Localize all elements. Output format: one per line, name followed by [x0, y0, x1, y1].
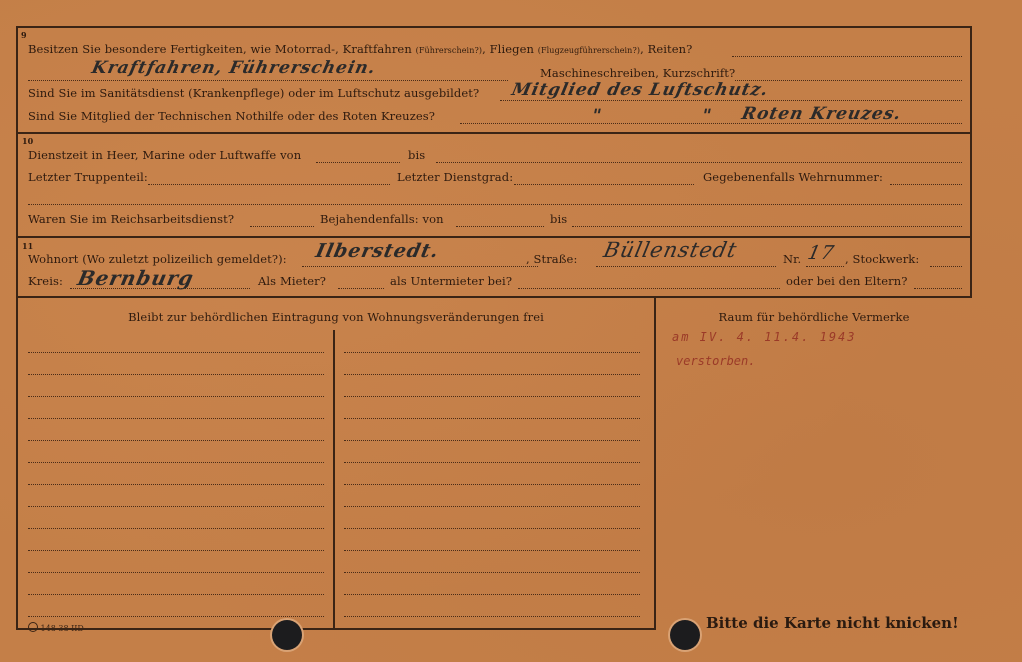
registration-card: 9 Besitzen Sie besondere Fertigkeiten, w… [0, 0, 1022, 662]
residence-changes-heading: Bleibt zur behördlichen Eintragung von W… [16, 310, 656, 324]
entry-line [344, 352, 640, 353]
answer-line-house-number [806, 266, 844, 267]
entry-line [28, 396, 324, 397]
punch-hole-left [272, 620, 302, 650]
answer-member: Roten Kreuzes. [740, 104, 904, 124]
answer-line-subtenant [518, 288, 780, 289]
entry-line [28, 550, 324, 551]
do-not-fold-notice: Bitte die Karte nicht knicken! [706, 614, 959, 632]
answer-line-unit [148, 184, 390, 185]
entry-line [28, 352, 324, 353]
answer-line-parents [914, 288, 962, 289]
label-service-until: bis [408, 148, 425, 162]
residence-changes-column-divider [333, 330, 335, 630]
answer-line-street [596, 266, 776, 267]
official-note-date: am IV. 4. 11.4. 1943 [672, 330, 857, 344]
entry-line [344, 506, 640, 507]
answer-medical: Mitglied des Luftschutz. [510, 80, 771, 100]
answer-line-rad-until [572, 226, 962, 227]
entry-line [344, 462, 640, 463]
answer-line-medical [500, 100, 962, 101]
section-10-number: 10 [22, 136, 33, 146]
printer-mark-icon [28, 622, 38, 632]
residence-changes-box [16, 296, 656, 630]
entry-line [344, 550, 640, 551]
punch-hole-right [670, 620, 700, 650]
question-residence: Wohnort (Wo zuletzt polizeilich gemeldet… [28, 252, 287, 266]
official-note-deceased: verstorben. [676, 354, 755, 368]
license-hint-text: Führerschein? [419, 46, 479, 55]
question-house-number: Nr. [783, 252, 801, 266]
entry-line [344, 484, 640, 485]
entry-line [28, 594, 324, 595]
answer-district: Bernburg [75, 266, 196, 290]
question-typing: Maschineschreiben, Kurzschrift? [540, 66, 735, 80]
answer-line-tenant [338, 288, 384, 289]
entry-line [344, 396, 640, 397]
answer-line-extra [28, 204, 962, 205]
entry-line [344, 374, 640, 375]
entry-line [28, 506, 324, 507]
answer-line-residence [302, 266, 538, 267]
divider-section-9-10 [16, 132, 972, 134]
answer-line-service-from [316, 162, 400, 163]
question-member: Sind Sie Mitglied der Technischen Nothil… [28, 109, 435, 123]
question-rank: Letzter Dienstgrad: [397, 170, 513, 184]
question-riding-text: , Reiten? [640, 42, 692, 56]
question-tenant: Als Mieter? [258, 274, 326, 288]
label-rad-until: bis [550, 212, 567, 226]
question-floor: , Stockwerk: [845, 252, 919, 266]
section-11-number: 11 [22, 241, 33, 251]
entry-line [344, 528, 640, 529]
answer-line-rank [514, 184, 694, 185]
answer-line-rad [250, 226, 314, 227]
question-skills: Besitzen Sie besondere Fertigkeiten, wie… [28, 42, 692, 56]
question-service: Dienstzeit in Heer, Marine oder Luftwaff… [28, 148, 301, 162]
answer-skills: Kraftfahren, Führerschein. [90, 58, 378, 78]
answer-line-rad-from [456, 226, 544, 227]
entry-line [28, 374, 324, 375]
question-medical: Sind Sie im Sanitätsdienst (Krankenpfleg… [28, 86, 479, 100]
pilot-hint: (Flugzeugführerschein?) [538, 46, 640, 55]
question-skills-text: Besitzen Sie besondere Fertigkeiten, wie… [28, 42, 412, 56]
answer-house-number: 17 [806, 242, 837, 264]
question-subtenant: als Untermieter bei? [390, 274, 512, 288]
question-wehrnummer: Gegebenenfalls Wehrnummer: [703, 170, 883, 184]
answer-residence: Ilberstedt. [314, 240, 441, 262]
entry-line [344, 594, 640, 595]
entry-line [28, 418, 324, 419]
print-code: 148 38 IID [28, 622, 84, 633]
divider-section-10-11 [16, 236, 972, 238]
answer-street: Büllenstedt [601, 238, 739, 262]
answer-line-service-until [436, 162, 962, 163]
answer-line-wehrnummer [890, 184, 962, 185]
license-hint: (Führerschein?) [416, 46, 482, 55]
entry-line [344, 418, 640, 419]
entry-line [28, 572, 324, 573]
question-street: , Straße: [526, 252, 577, 266]
answer-line-skills-2 [28, 80, 508, 81]
answer-line-floor [930, 266, 962, 267]
entry-line [28, 484, 324, 485]
question-unit: Letzter Truppenteil: [28, 170, 148, 184]
entry-line [28, 616, 324, 617]
entry-line [28, 440, 324, 441]
entry-line [344, 572, 640, 573]
question-flying-text: , Fliegen [482, 42, 534, 56]
question-rad-from: Bejahendenfalls: von [320, 212, 444, 226]
question-rad: Waren Sie im Reichsarbeitsdienst? [28, 212, 234, 226]
section-9-number: 9 [21, 30, 27, 40]
entry-line [28, 462, 324, 463]
print-code-text: 148 38 IID [41, 624, 84, 633]
entry-line [344, 440, 640, 441]
official-remarks-heading: Raum für behördliche Vermerke [656, 310, 972, 324]
question-parents: oder bei den Eltern? [786, 274, 908, 288]
entry-line [344, 616, 640, 617]
answer-line-skills [732, 56, 962, 57]
entry-line [28, 528, 324, 529]
question-district: Kreis: [28, 274, 63, 288]
